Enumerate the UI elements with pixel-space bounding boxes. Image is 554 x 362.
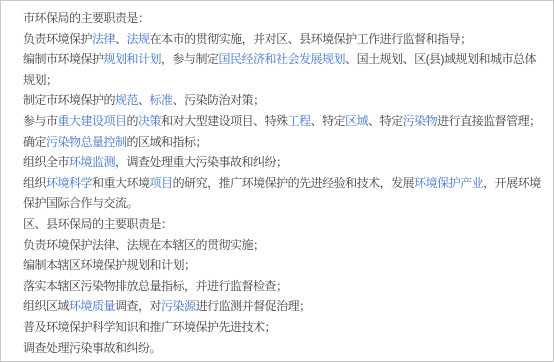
text-segment: 调查处理污染事故和纠纷。 xyxy=(23,341,161,355)
term-link[interactable]: 规划和计划 xyxy=(104,52,162,66)
term-link[interactable]: 决策 xyxy=(138,114,161,128)
term-link[interactable]: 国民经济和社会发展规划 xyxy=(219,52,346,66)
text-line: 普及环境保护科学知识和推广环境保护先进技术； xyxy=(23,317,545,338)
text-line: 调查处理污染事故和纠纷。 xyxy=(23,338,545,359)
text-segment: 参与市 xyxy=(23,114,58,128)
text-segment: 组织全市 xyxy=(23,155,69,169)
text-segment: 规划； xyxy=(23,73,58,87)
text-segment: 进行直接监督管理； xyxy=(437,114,541,128)
term-link[interactable]: 环境质量 xyxy=(69,299,115,313)
text-line: 规划； xyxy=(23,70,545,91)
text-segment: 的区域和指标； xyxy=(127,135,208,149)
term-link[interactable]: 污染源 xyxy=(161,299,196,313)
text-segment: 、 xyxy=(115,32,127,46)
text-segment: 确定 xyxy=(23,135,46,149)
text-line: 落实本辖区污染物排放总量指标，并进行监督检查； xyxy=(23,276,545,297)
text-segment: 市环保局的主要职责是： xyxy=(23,11,150,25)
term-link[interactable]: 规范 xyxy=(115,93,138,107)
text-segment: 编制本辖区环境保护规划和计划； xyxy=(23,258,196,272)
text-line: 参与市重大建设项目的决策和对大型建设项目、特殊工程、特定区域、特定污染物进行直接… xyxy=(23,111,545,132)
text-segment: 组织 xyxy=(23,176,46,190)
text-segment: 的研究，推广环境保护的先进经验和技术，发展 xyxy=(173,176,415,190)
text-segment: 普及环境保护科学知识和推广环境保护先进技术； xyxy=(23,320,276,334)
text-segment: 的 xyxy=(127,114,139,128)
text-segment: 、特定 xyxy=(311,114,346,128)
text-segment: 编制市环境保护 xyxy=(23,52,104,66)
text-segment: 在本市的贯彻实施，并对区、县环境保护工作进行监督和指导； xyxy=(150,32,472,46)
term-link[interactable]: 污染物 xyxy=(403,114,438,128)
text-segment: 组织区域 xyxy=(23,299,69,313)
term-link[interactable]: 环境保护产业 xyxy=(414,176,483,190)
term-link[interactable]: 项目 xyxy=(150,176,173,190)
text-segment: 和重大环境 xyxy=(92,176,150,190)
term-link[interactable]: 工程 xyxy=(288,114,311,128)
text-segment: 、特定 xyxy=(368,114,403,128)
text-segment: 区、县环保局的主要职责是： xyxy=(23,217,173,231)
text-segment: ，开展环境 xyxy=(483,176,541,190)
term-link[interactable]: 法律 xyxy=(92,32,115,46)
term-link[interactable]: 环境监测 xyxy=(69,155,115,169)
text-segment: 落实本辖区污染物排放总量指标，并进行监督检查； xyxy=(23,279,288,293)
term-link[interactable]: 污染物总量控制 xyxy=(46,135,127,149)
text-line: 负责环境保护法律、法规在本市的贯彻实施，并对区、县环境保护工作进行监督和指导； xyxy=(23,29,545,50)
document-page: 市环保局的主要职责是：负责环境保护法律、法规在本市的贯彻实施，并对区、县环境保护… xyxy=(0,0,554,362)
text-line: 编制本辖区环境保护规划和计划； xyxy=(23,255,545,276)
text-segment: 保护国际合作与交流。 xyxy=(23,196,138,210)
text-line: 组织区域环境质量调查，对污染源进行监测并督促治理； xyxy=(23,296,545,317)
document-body: 市环保局的主要职责是：负责环境保护法律、法规在本市的贯彻实施，并对区、县环境保护… xyxy=(1,1,553,358)
term-link[interactable]: 环境科学 xyxy=(46,176,92,190)
text-line: 市环保局的主要职责是： xyxy=(23,8,545,29)
term-link[interactable]: 法规 xyxy=(127,32,150,46)
text-segment: 、 xyxy=(138,93,150,107)
text-segment: 制定市环境保护的 xyxy=(23,93,115,107)
text-segment: ，参与制定 xyxy=(161,52,219,66)
text-segment: 和对大型建设项目、特殊 xyxy=(161,114,288,128)
text-segment: 调查，对 xyxy=(115,299,161,313)
text-segment: 负责环境保护 xyxy=(23,32,92,46)
text-segment: ，调查处理重大污染事故和纠纷； xyxy=(115,155,288,169)
text-line: 区、县环保局的主要职责是： xyxy=(23,214,545,235)
text-line: 保护国际合作与交流。 xyxy=(23,193,545,214)
term-link[interactable]: 区域 xyxy=(345,114,368,128)
term-link[interactable]: 标准 xyxy=(150,93,173,107)
text-line: 制定市环境保护的规范、标准、污染防治对策； xyxy=(23,90,545,111)
text-line: 组织全市环境监测，调查处理重大污染事故和纠纷； xyxy=(23,152,545,173)
text-segment: 、国土规划、区(县)域规划和城市总体 xyxy=(345,52,536,66)
text-line: 确定污染物总量控制的区域和指标； xyxy=(23,132,545,153)
text-segment: 负责环境保护法律、法规在本辖区的贯彻实施； xyxy=(23,238,265,252)
text-line: 负责环境保护法律、法规在本辖区的贯彻实施； xyxy=(23,235,545,256)
text-segment: 、污染防治对策； xyxy=(173,93,265,107)
text-segment: 进行监测并督促治理； xyxy=(196,299,311,313)
term-link[interactable]: 重大建设项目 xyxy=(58,114,127,128)
text-line: 编制市环境保护规划和计划，参与制定国民经济和社会发展规划、国土规划、区(县)域规… xyxy=(23,49,545,70)
text-line: 组织环境科学和重大环境项目的研究，推广环境保护的先进经验和技术，发展环境保护产业… xyxy=(23,173,545,194)
